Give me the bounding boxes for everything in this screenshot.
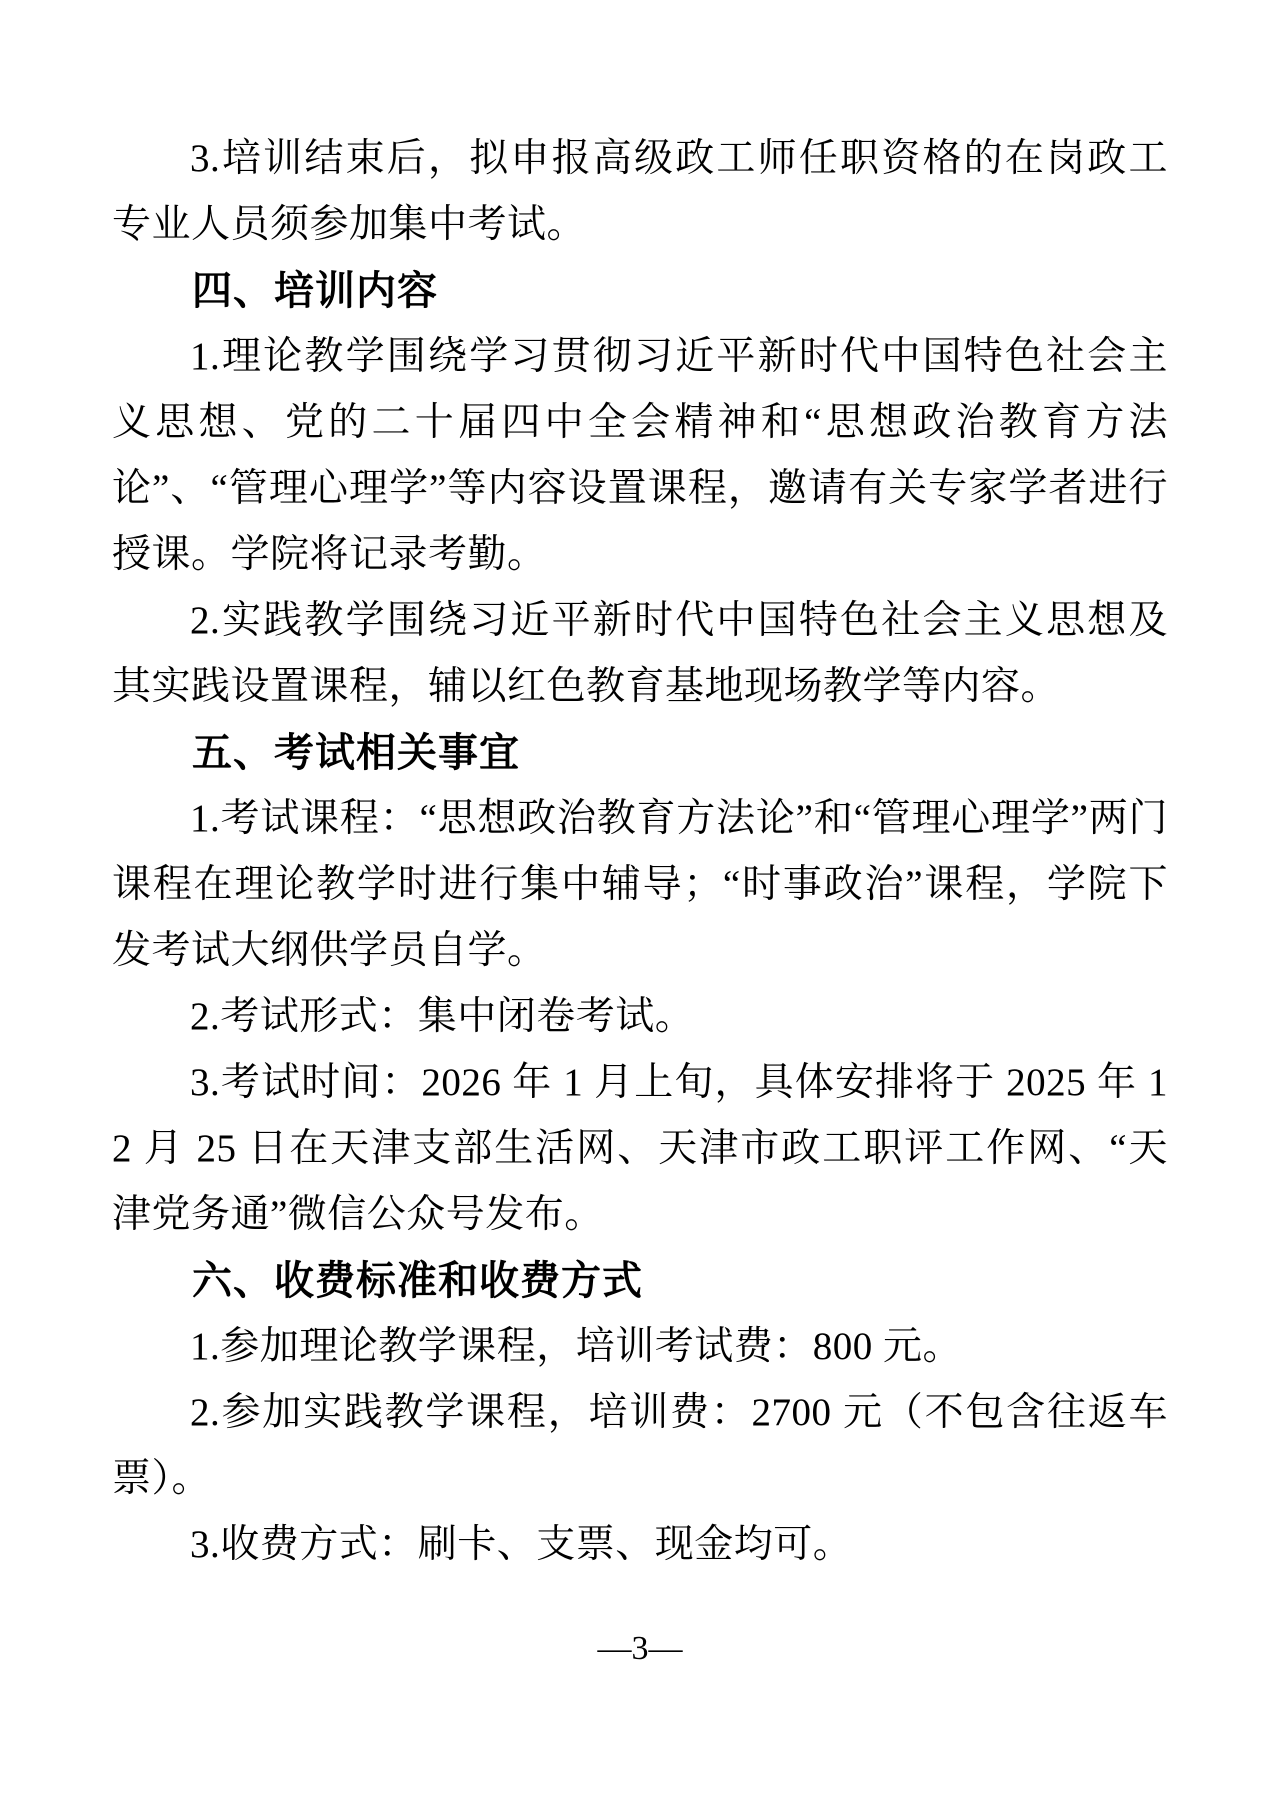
section-heading-exam-matters: 五、考试相关事宜 bbox=[112, 720, 1168, 786]
paragraph-exam-time: 3.考试时间：2026 年 1 月上旬，具体安排将于 2025 年 12 月 2… bbox=[112, 1050, 1168, 1248]
document-body: 3.培训结束后，拟申报高级政工师任职资格的在岗政工专业人员须参加集中考试。 四、… bbox=[112, 126, 1168, 1578]
document-page: 3.培训结束后，拟申报高级政工师任职资格的在岗政工专业人员须参加集中考试。 四、… bbox=[0, 0, 1280, 1810]
page-number: —3— bbox=[0, 1629, 1280, 1669]
paragraph-practice-teaching: 2.实践教学围绕习近平新时代中国特色社会主义思想及其实践设置课程，辅以红色教育基… bbox=[112, 588, 1168, 720]
paragraph-exam-courses: 1.考试课程：“思想政治教育方法论”和“管理心理学”两门课程在理论教学时进行集中… bbox=[112, 786, 1168, 984]
paragraph-theory-teaching: 1.理论教学围绕学习贯彻习近平新时代中国特色社会主义思想、党的二十届四中全会精神… bbox=[112, 324, 1168, 588]
paragraph-exam-format: 2.考试形式：集中闭卷考试。 bbox=[112, 984, 1168, 1050]
paragraph-fee-payment-methods: 3.收费方式：刷卡、支票、现金均可。 bbox=[112, 1512, 1168, 1578]
paragraph-fee-practice: 2.参加实践教学课程，培训费：2700 元（不包含往返车票）。 bbox=[112, 1380, 1168, 1512]
section-heading-training-content: 四、培训内容 bbox=[112, 258, 1168, 324]
paragraph-exam-requirement: 3.培训结束后，拟申报高级政工师任职资格的在岗政工专业人员须参加集中考试。 bbox=[112, 126, 1168, 258]
section-heading-fees: 六、收费标准和收费方式 bbox=[112, 1248, 1168, 1314]
paragraph-fee-theory: 1.参加理论教学课程，培训考试费：800 元。 bbox=[112, 1314, 1168, 1380]
